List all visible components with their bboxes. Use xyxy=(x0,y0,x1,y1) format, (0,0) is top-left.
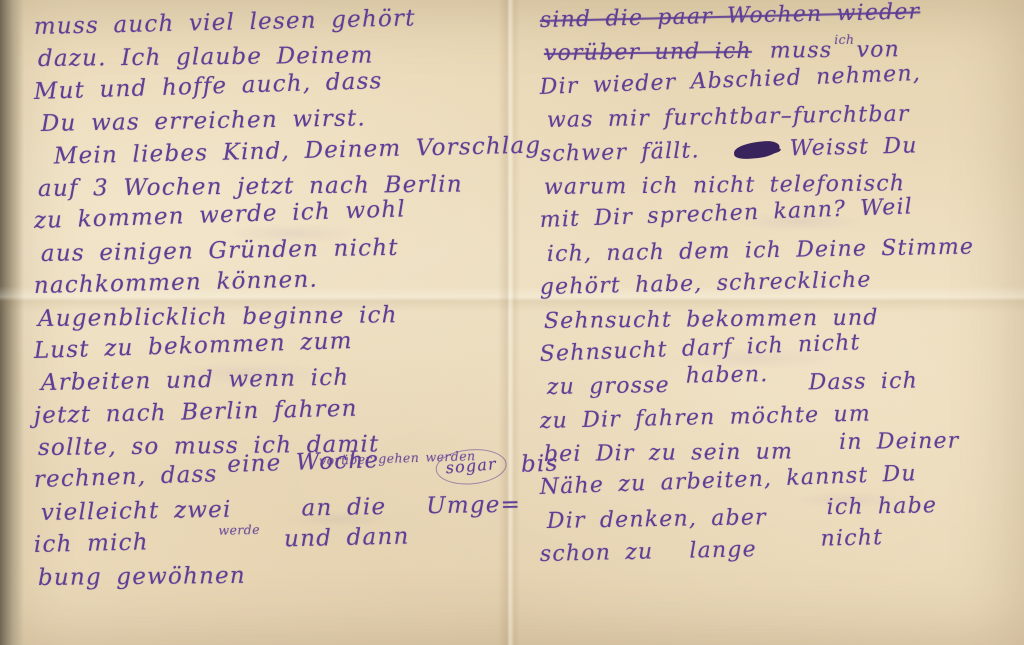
word-segment: ich habe xyxy=(826,491,937,523)
ink-blot xyxy=(733,139,780,160)
handwriting-line: bung gewöhnen xyxy=(38,558,504,595)
word-segment: an die xyxy=(301,492,386,523)
word-segment: Dir denken, aber xyxy=(547,503,767,537)
word-segment: Arbeiten und wenn ich xyxy=(41,363,350,398)
word-segment: nachkommen können. xyxy=(34,265,319,301)
word-segment: nicht xyxy=(820,523,883,554)
handwriting-line: sind die paar Wochen wieder xyxy=(540,0,1015,39)
word-segment: und dann xyxy=(284,522,410,555)
word-segment: was mir furchtbar–furchtbar xyxy=(547,100,910,136)
word-segment: haben. xyxy=(685,360,768,391)
inserted-text: ich xyxy=(834,25,855,55)
struck-text: sind die paar Wochen wieder xyxy=(540,0,921,36)
word-segment: lange xyxy=(689,535,757,567)
word-segment: jetzt nach Berlin fahren xyxy=(34,393,358,430)
struck-text: vorüber und ich xyxy=(544,37,752,69)
word-segment: gehört habe, schreckliche xyxy=(540,266,872,304)
inserted-text: werde xyxy=(218,515,260,546)
word-segment: in Deiner xyxy=(839,427,960,458)
word-segment: Du was erreichen wirst. xyxy=(41,104,367,140)
word-segment: Dass ich xyxy=(808,367,918,399)
word-segment: ich mich xyxy=(34,528,149,561)
word-segment: Umge= xyxy=(426,489,521,521)
word-segment: Weisst Du xyxy=(789,131,918,164)
word-segment: bung gewöhnen xyxy=(38,560,246,592)
letter-page-right: sind die paar Wochen wiedervorüber und i… xyxy=(540,6,1014,574)
word-segment: rechnen, dass xyxy=(33,460,218,496)
letter-page-left: muss auch viel lesen gehörtdazu. Ich gla… xyxy=(34,12,504,595)
word-segment: vielleicht zwei xyxy=(41,495,232,528)
word-segment: schwer fällt. xyxy=(540,136,701,170)
word-segment: schon zu xyxy=(540,538,654,571)
word-segment: zu grosse xyxy=(547,371,671,403)
